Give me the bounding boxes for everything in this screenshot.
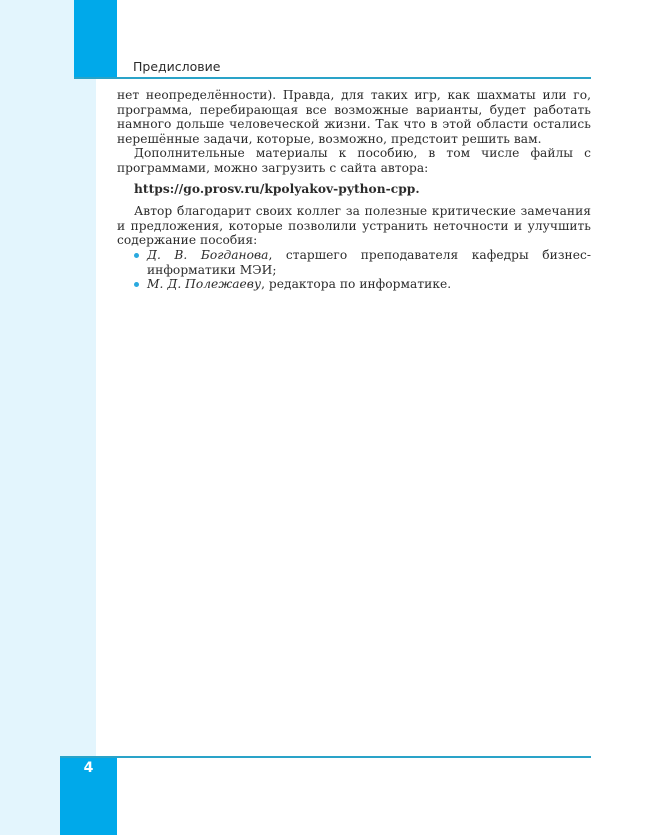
bullet-icon	[134, 253, 139, 258]
side-margin-strip	[0, 0, 96, 835]
bullet-icon	[134, 282, 139, 287]
paragraph-materials: Дополнительные материалы к пособию, в то…	[117, 146, 591, 175]
page-number-box: 4	[60, 758, 117, 835]
colleague-name: Д. В. Богданова	[147, 248, 268, 262]
header-color-tab	[74, 0, 117, 78]
paragraph-games: нет неопределённости). Правда, для таких…	[117, 88, 591, 146]
colleague-role: , редактора по информатике.	[261, 277, 451, 291]
page-content: нет неопределённости). Правда, для таких…	[117, 88, 591, 292]
author-site-link[interactable]: https://go.prosv.ru/kpolyakov-python-cpp…	[117, 182, 591, 197]
page-number: 4	[60, 760, 117, 776]
list-item: Д. В. Богданова, старшего преподавателя …	[117, 248, 591, 277]
paragraph-thanks: Автор благодарит своих коллег за полезны…	[117, 204, 591, 248]
footer-rule	[60, 756, 591, 758]
list-item: М. Д. Полежаеву, редактора по информатик…	[117, 277, 591, 292]
running-head-title: Предисловие	[133, 59, 220, 74]
header-rule	[74, 77, 591, 79]
acknowledgements-list: Д. В. Богданова, старшего преподавателя …	[117, 248, 591, 292]
colleague-name: М. Д. Полежаеву	[147, 277, 261, 291]
